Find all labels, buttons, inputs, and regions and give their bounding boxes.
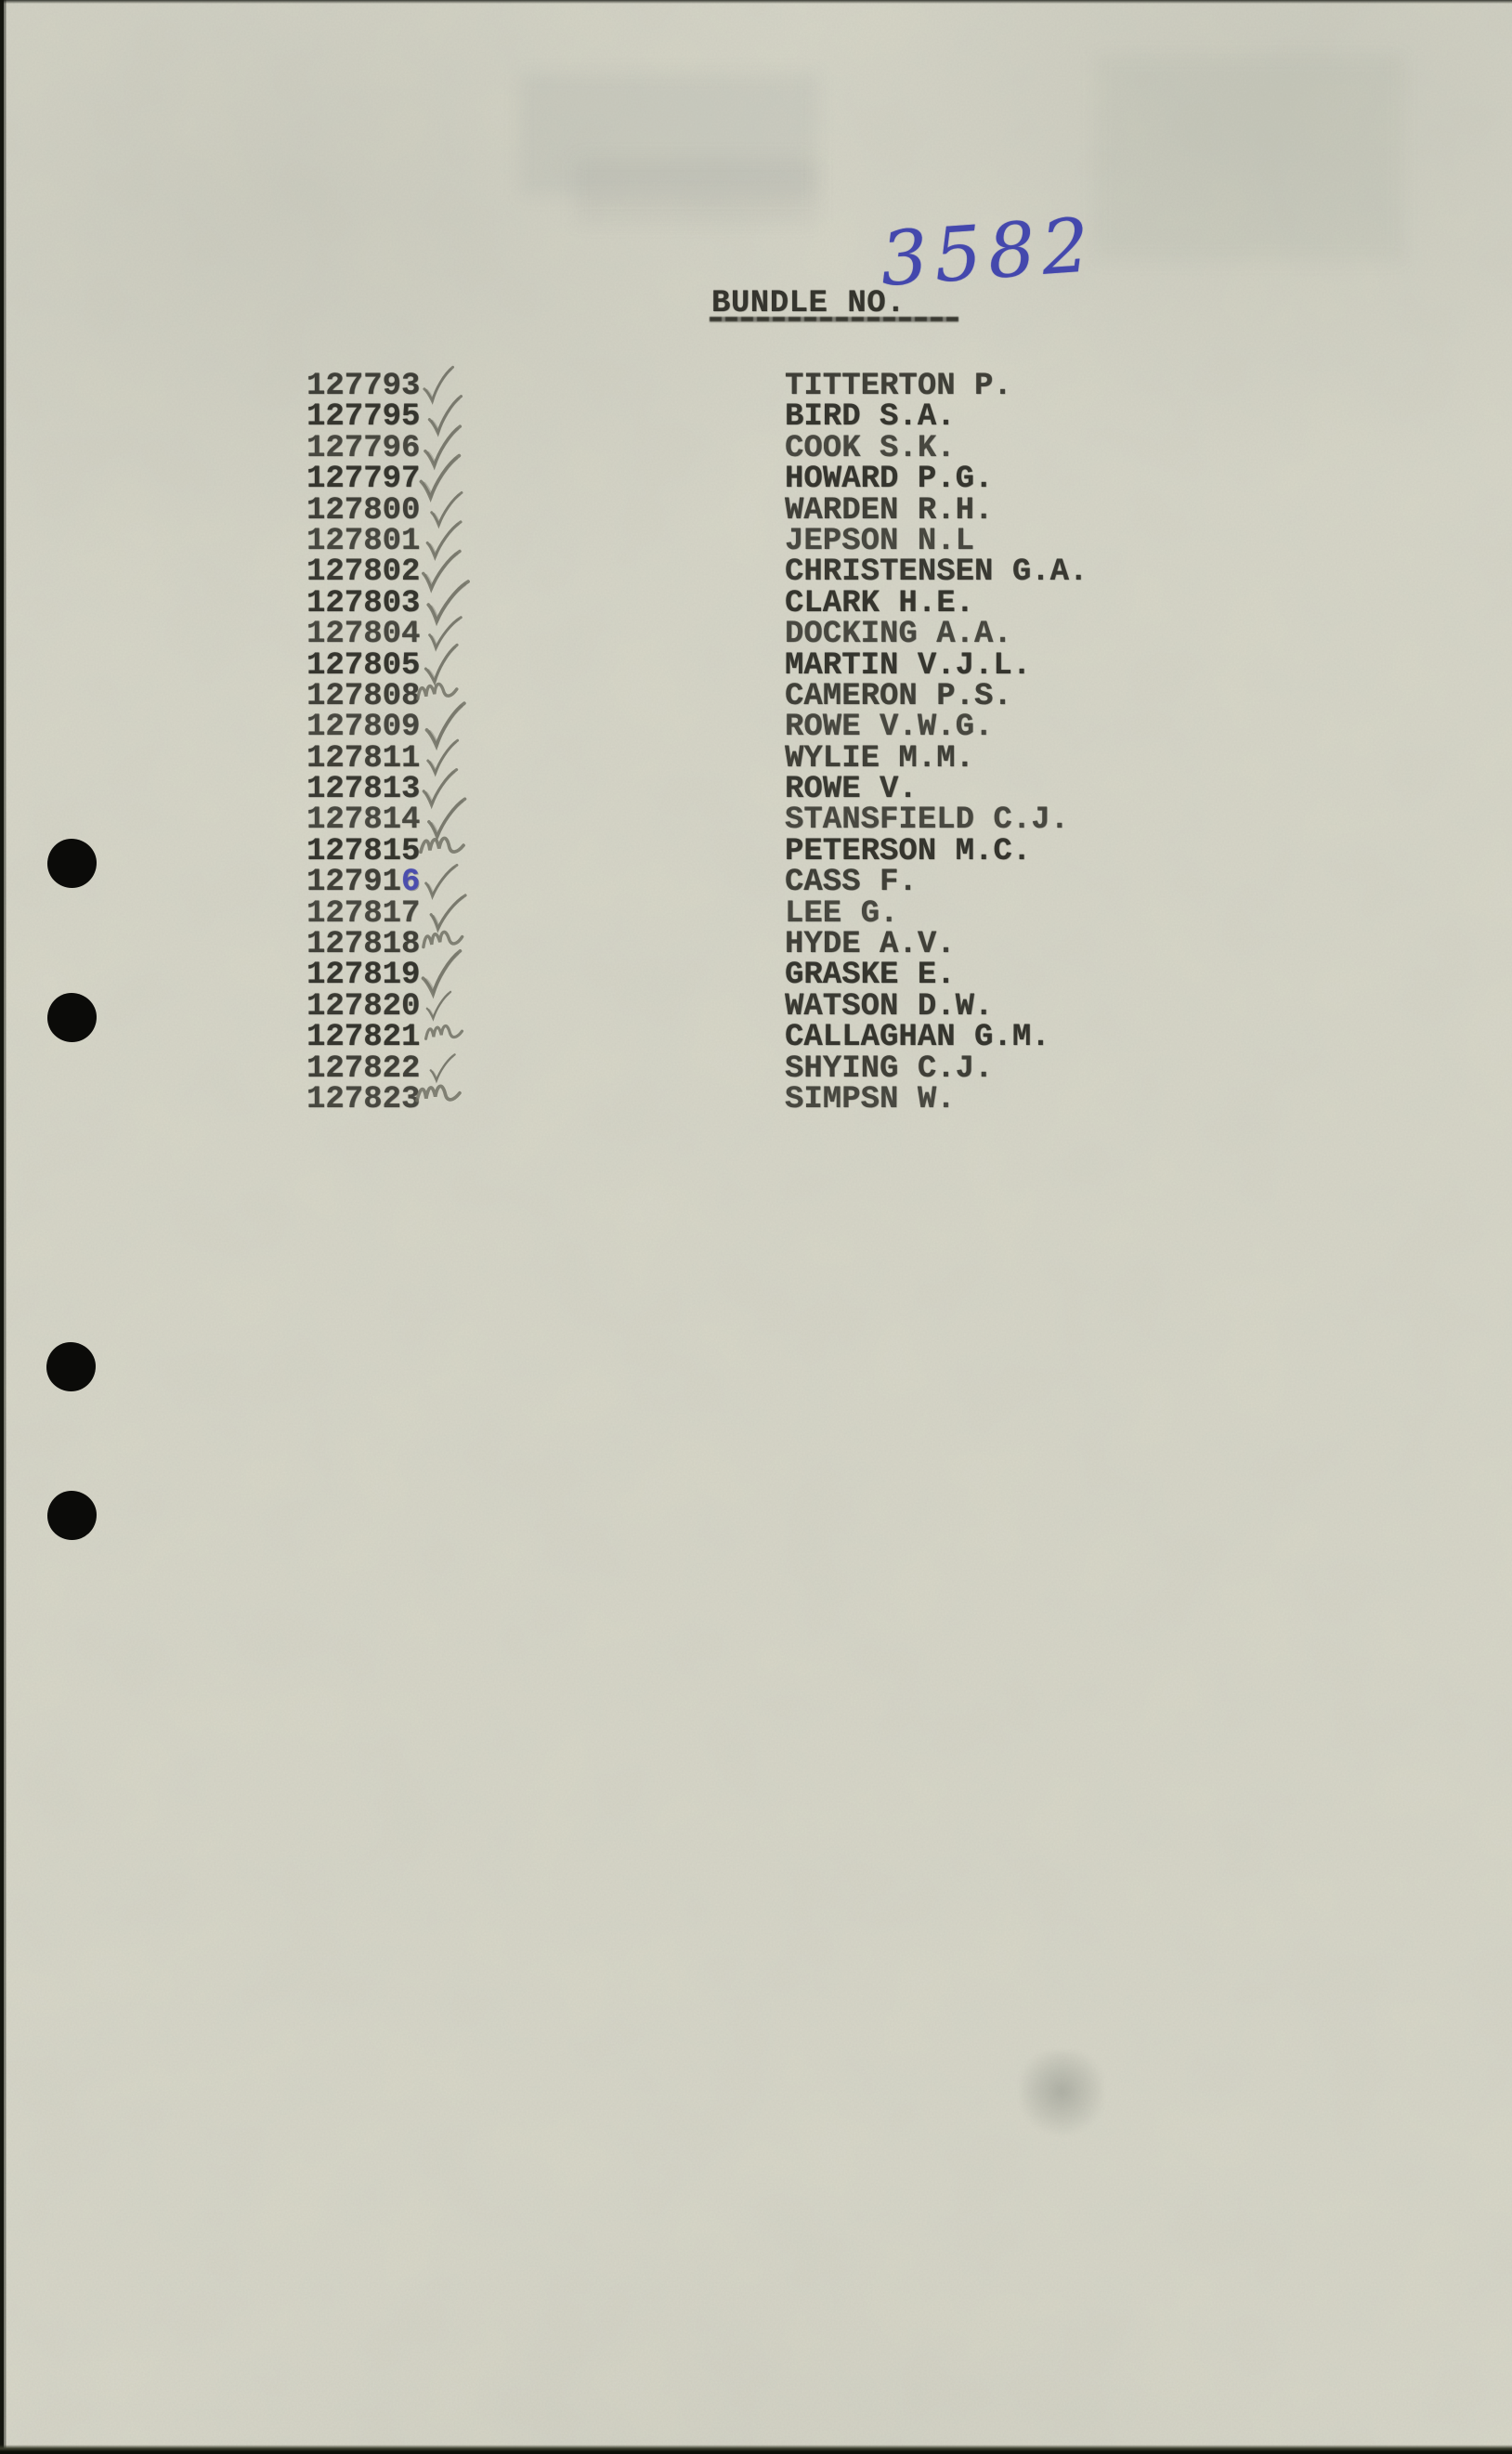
service-number: 127808 [306,682,420,712]
ink-bleedthrough [576,158,817,223]
person-name: GRASKE E. [785,960,956,991]
service-number-typed: 127820 [306,989,420,1025]
person-name: HOWARD P.G. [785,464,993,495]
service-number-typed: 127808 [306,679,420,714]
paper-grain-texture [0,0,1512,2454]
service-number-typed: 127803 [306,586,420,621]
service-number-typed: 127804 [306,617,420,652]
person-name: LEE G. [785,899,898,930]
person-name: CASS F. [785,868,918,898]
person-name: ROWE V. [785,775,918,805]
service-number: 127916 [306,868,420,898]
person-name: DOCKING A.A. [785,620,1012,650]
person-name: CHRISTENSEN G.A. [785,557,1088,588]
service-number-typed: 127800 [306,493,420,529]
person-name: STANSFIELD C.J. [785,805,1069,836]
service-number: 127815 [306,837,420,868]
person-name: CLARK H.E. [785,589,974,620]
pencil-squiggle-icon [417,683,457,698]
punch-hole [46,1342,96,1391]
service-number-typed: 127797 [306,462,420,497]
pencil-squiggle-icon [417,1086,460,1102]
scanned-document-page: BUNDLE NO. 3582 127793 TITTERTON P. 1277… [0,0,1512,2454]
service-number: 127803 [306,589,420,620]
service-number: 127800 [306,496,420,527]
pencil-squiggle-icon [423,931,463,946]
bundle-title-block: BUNDLE NO. [711,286,906,321]
person-name: WYLIE M.M. [785,744,974,775]
scan-edge-left [0,0,7,2454]
service-number-typed: 12791 [306,865,401,900]
service-number-typed: 127793 [306,369,420,404]
service-number-typed: 127815 [306,834,420,869]
service-number-typed: 127819 [306,958,420,993]
person-name: ROWE V.W.G. [785,712,993,743]
person-name: SIMPSN W. [785,1085,956,1116]
service-number-blue-overwrite: 6 [401,865,420,900]
service-number-typed: 127795 [306,399,420,435]
service-number: 127811 [306,744,420,775]
service-number-typed: 127813 [306,772,420,807]
punch-hole [47,1491,97,1540]
service-number-typed: 127817 [306,896,420,932]
service-number-typed: 127814 [306,803,420,838]
person-name: SHYING C.J. [785,1054,993,1085]
person-name: CAMERON P.S. [785,682,1012,712]
person-name: JEPSON N.L [785,527,974,557]
pencil-check-icon [434,495,459,524]
person-name: HYDE A.V. [785,930,956,960]
service-number: 127818 [306,930,420,960]
scan-edge-top [0,0,1512,4]
service-number: 127823 [306,1085,420,1116]
service-number-typed: 127801 [306,524,420,559]
service-number-typed: 127796 [306,431,420,466]
person-name: WATSON D.W. [785,992,993,1023]
service-number: 127809 [306,712,420,743]
service-number: 127817 [306,899,420,930]
person-name: PETERSON M.C. [785,837,1031,868]
pencil-check-icon [425,955,460,993]
service-number: 127805 [306,651,420,682]
service-number: 127821 [306,1023,420,1053]
service-number: 127819 [306,960,420,991]
service-number-typed: 127823 [306,1082,420,1117]
ink-bleedthrough [1096,56,1402,260]
scan-vignette [0,0,1512,2454]
service-number-typed: 127811 [306,741,420,777]
scan-edge-bottom [0,2445,1512,2454]
punch-hole [47,839,97,888]
service-number: 127801 [306,527,420,557]
pencil-squiggle-icon [425,1025,462,1038]
service-number: 127813 [306,775,420,805]
pencil-squiggle-icon [421,837,463,853]
person-name: MARTIN V.J.L. [785,651,1031,682]
person-name: WARDEN R.H. [785,496,993,527]
handwritten-bundle-number: 3582 [878,208,1098,297]
service-number: 127795 [306,402,420,433]
person-name: COOK S.K. [785,434,956,464]
service-number-typed: 127821 [306,1020,420,1055]
service-number: 127814 [306,805,420,836]
service-number-typed: 127809 [306,710,420,745]
title-underline [710,317,958,321]
person-name: TITTERTON P. [785,372,1012,402]
person-name: BIRD S.A. [785,402,956,433]
service-number-typed: 127822 [306,1051,420,1087]
service-number-typed: 127818 [306,927,420,962]
service-number: 127804 [306,620,420,650]
service-number-typed: 127805 [306,648,420,684]
service-number: 127796 [306,434,420,464]
ink-bleedthrough [520,74,817,195]
service-number: 127797 [306,464,420,495]
service-number: 127793 [306,372,420,402]
pencil-check-icon [428,994,450,1017]
paper-smudge [1020,2051,1103,2140]
punch-hole [47,993,97,1042]
service-number: 127822 [306,1054,420,1085]
pencil-mark [412,1074,466,1125]
person-name: CALLAGHAN G.M. [785,1023,1050,1053]
service-number: 127820 [306,992,420,1023]
service-number: 127802 [306,557,420,588]
service-number-typed: 127802 [306,555,420,590]
